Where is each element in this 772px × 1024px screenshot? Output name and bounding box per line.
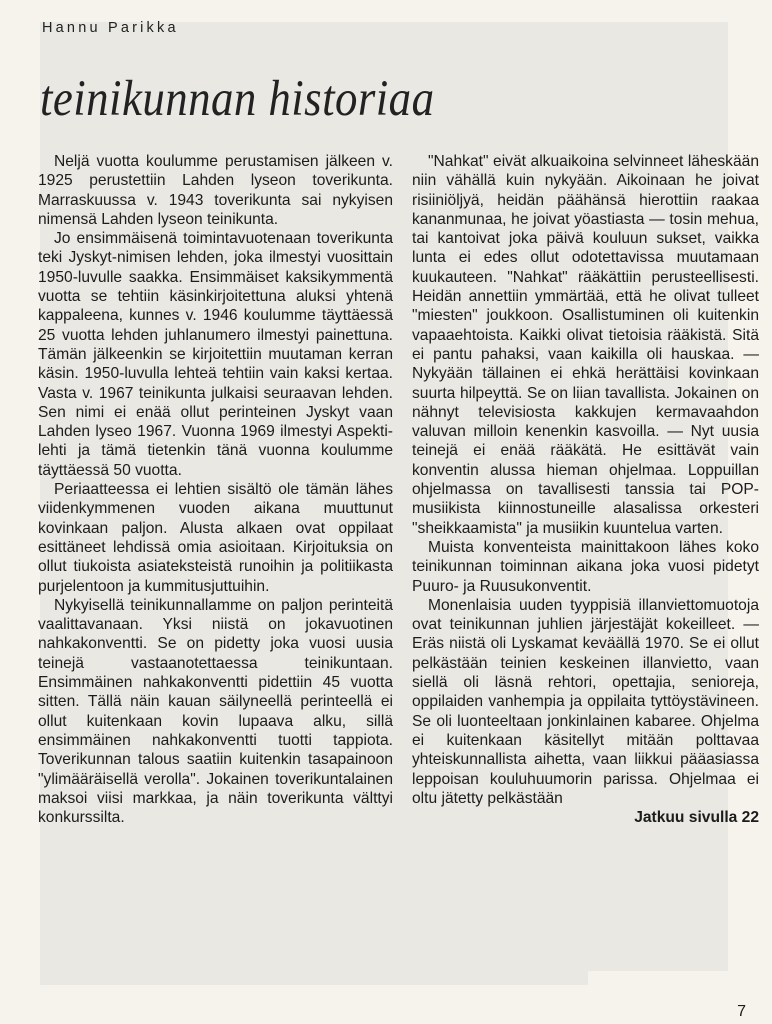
page-number: 7 (737, 1003, 746, 1021)
left-column: Neljä vuotta koulumme perustamisen jälke… (38, 152, 393, 827)
author-name: Hannu Parikka (42, 20, 179, 36)
paragraph: "Nahkat" eivät alkuaikoina selvinneet lä… (412, 152, 759, 538)
paragraph: Muista konventeista mainittakoon lähes k… (412, 538, 759, 596)
article-title: teinikunnan historiaa (40, 70, 434, 128)
right-column: "Nahkat" eivät alkuaikoina selvinneet lä… (412, 152, 759, 827)
continuation-note: Jatkuu sivulla 22 (412, 808, 759, 827)
paragraph: Nykyisellä teinikunnallamme on paljon pe… (38, 596, 393, 828)
paragraph: Neljä vuotta koulumme perustamisen jälke… (38, 152, 393, 229)
paragraph: Jo ensimmäisenä toimintavuotenaan toveri… (38, 229, 393, 480)
paragraph: Monenlaisia uuden tyyppisiä illanviettom… (412, 596, 759, 808)
paragraph: Periaatteessa ei lehtien sisältö ole täm… (38, 480, 393, 596)
